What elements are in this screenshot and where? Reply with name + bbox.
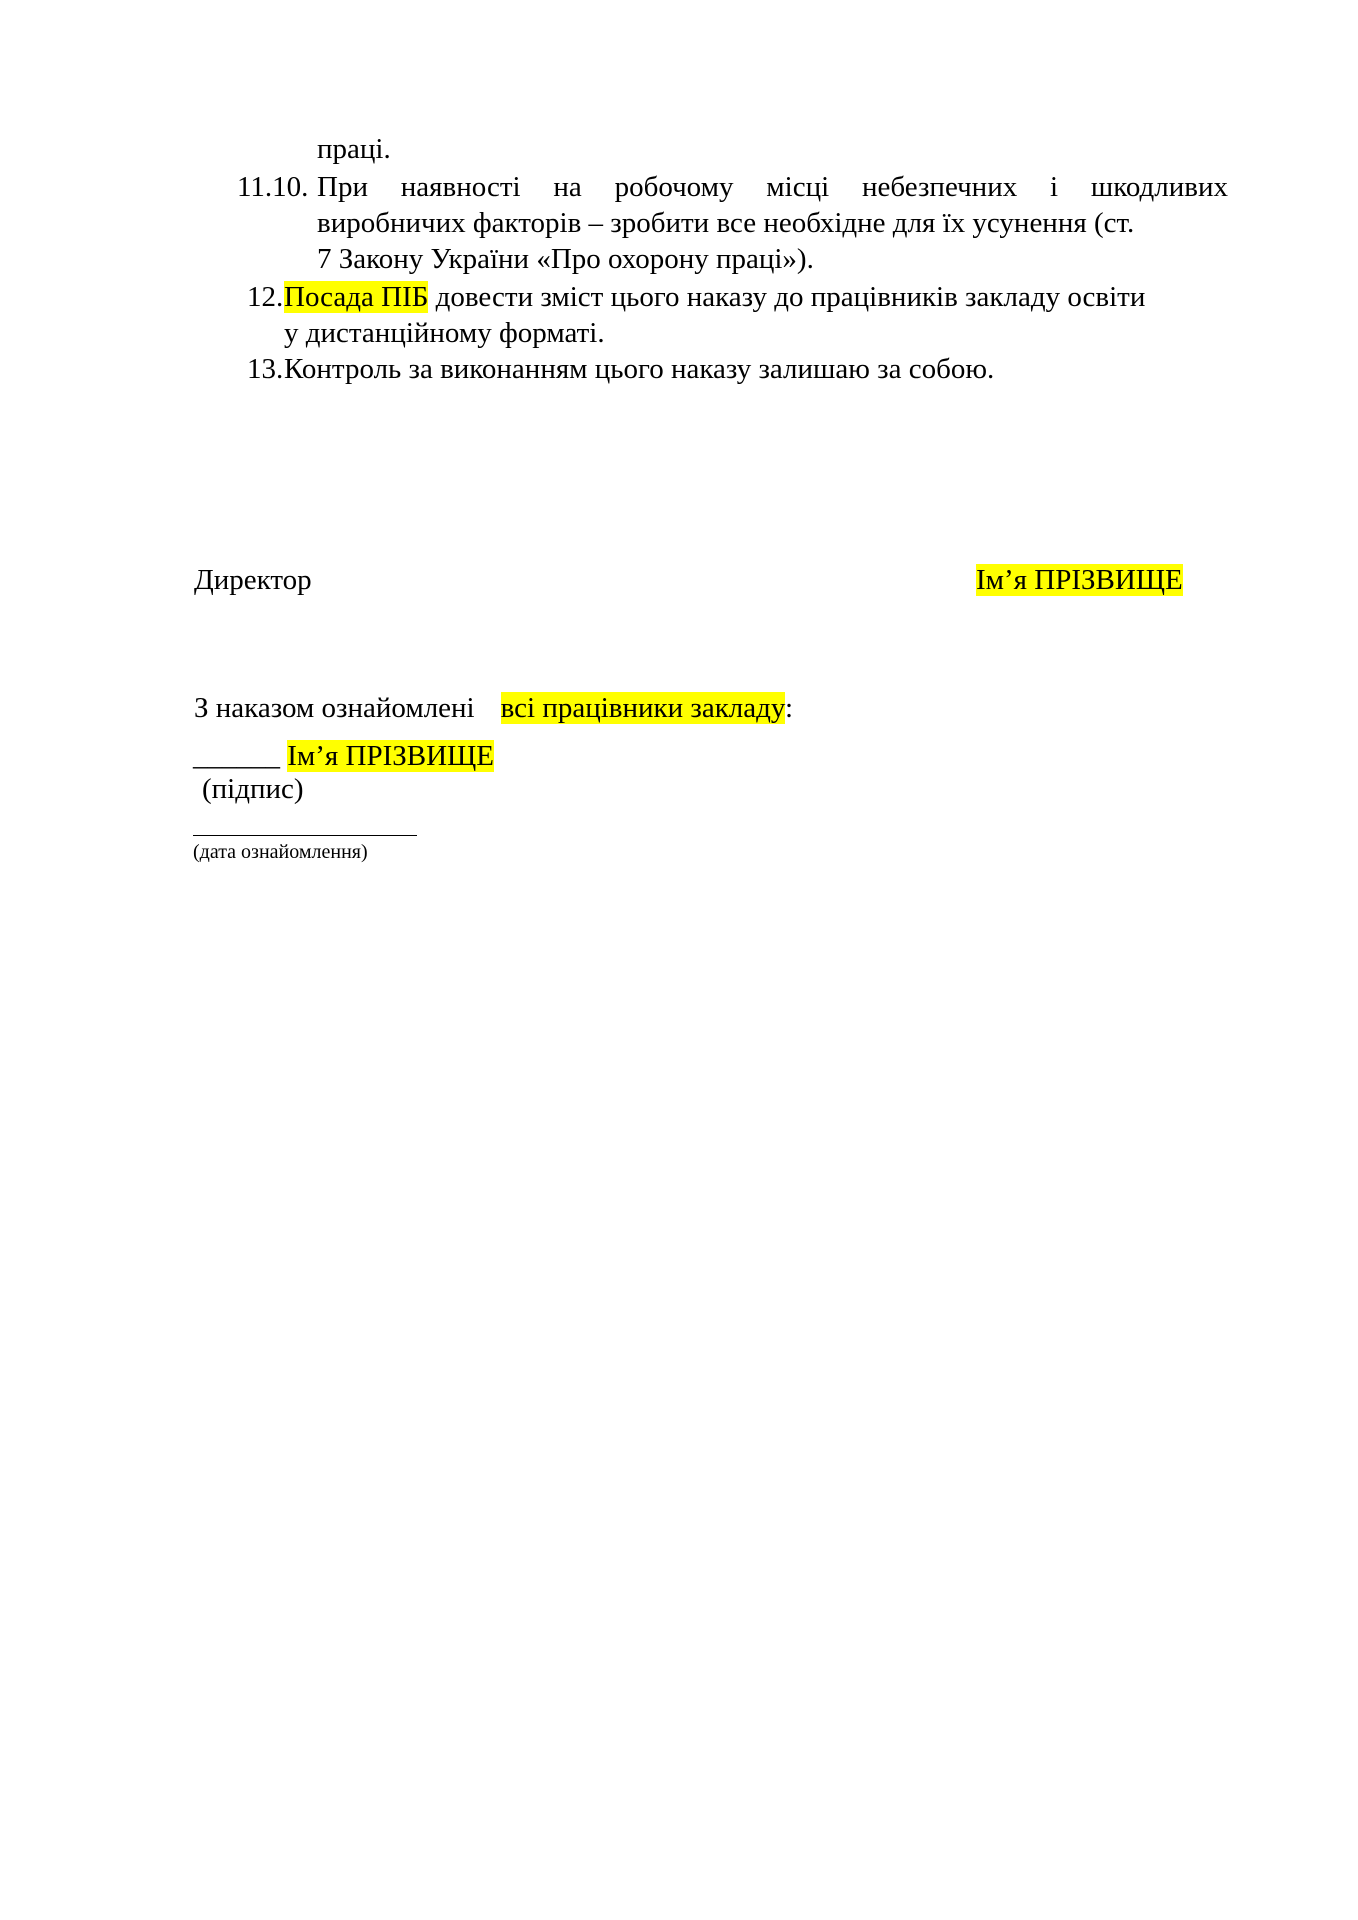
previous-item-continuation: праці. [317,131,391,167]
director-name-placeholder[interactable]: Ім’я ПРІЗВИЩЕ [976,564,1183,596]
acknowledgement-label: З наказом ознайомлені [194,692,475,724]
document-page: праці. 11.10. При наявності на робочому … [0,0,1358,1920]
item-12-number: 12. [247,279,283,315]
employee-name-placeholder[interactable]: Ім’я ПРІЗВИЩЕ [287,740,494,772]
position-name-placeholder[interactable]: Посада ПІБ [284,281,428,313]
acknowledgement-colon: : [785,692,793,724]
staff-placeholder[interactable]: всі працівники закладу [501,692,785,724]
date-blank-line[interactable] [193,835,417,836]
signature-blank[interactable]: ______ [193,740,280,772]
acknowledgement-line: З наказом ознайомленівсі працівники закл… [194,690,793,726]
date-caption: (дата ознайомлення) [193,840,368,864]
item-11-10-line-2: виробничих факторів – зробити все необхі… [317,205,1134,241]
employee-signature-line: ______ Ім’я ПРІЗВИЩЕ [193,738,494,774]
item-12-line-1: Посада ПІБ довести зміст цього наказу до… [284,279,1145,315]
item-13-text: Контроль за виконанням цього наказу зали… [284,351,994,387]
item-11-10-number: 11.10. [237,169,308,205]
signature-caption: (підпис) [202,771,304,807]
director-name: Ім’я ПРІЗВИЩЕ [976,562,1183,598]
item-13-number: 13. [247,351,283,387]
item-11-10-line-3: 7 Закону України «Про охорону праці»). [317,241,814,277]
item-11-10-line-1: При наявності на робочому місці небезпеч… [317,169,1228,205]
director-label: Директор [194,562,312,598]
item-12-line-2: у дистанційному форматі. [284,315,605,351]
item-12-text: довести зміст цього наказу до працівникі… [428,281,1145,313]
